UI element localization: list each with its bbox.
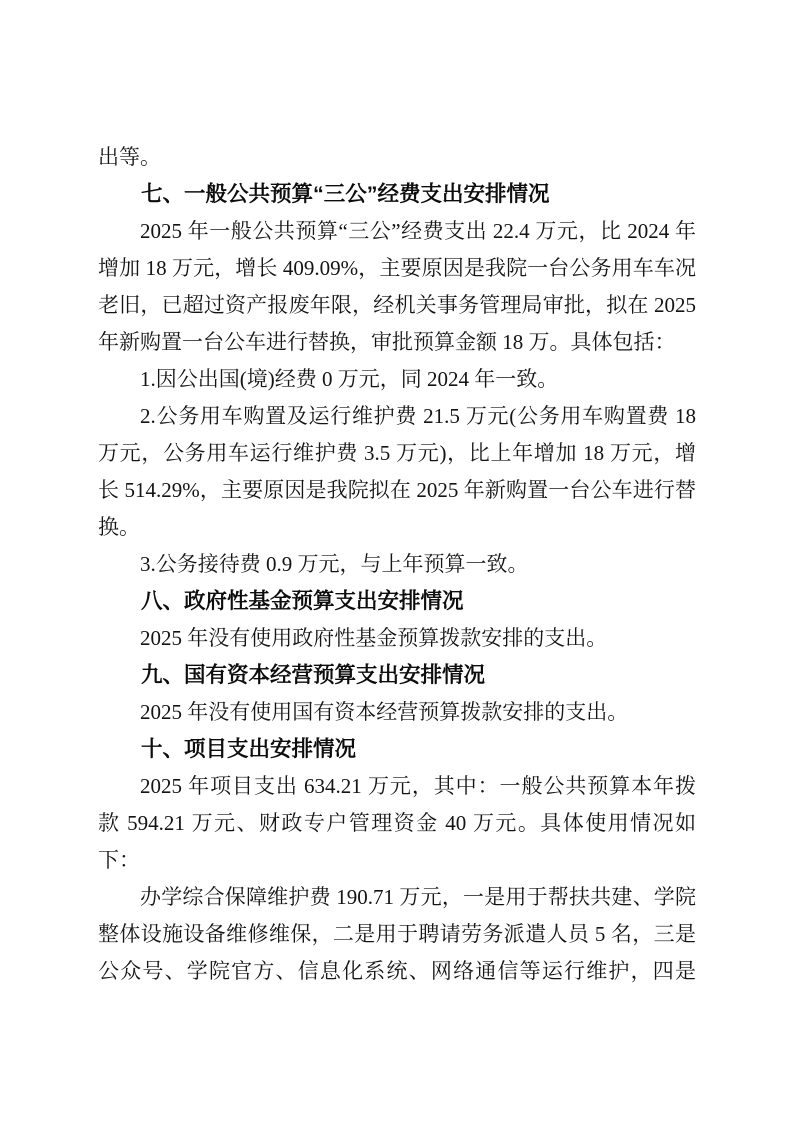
- paragraph-state-capital: 2025 年没有使用国有资本经营预算拨款安排的支出。: [98, 694, 696, 731]
- paragraph-project-expense-overview: 2025 年项目支出 634.21 万元，其中：一般公共预算本年拨款 594.2…: [98, 768, 696, 879]
- paragraph-continuation: 出等。: [98, 139, 696, 176]
- paragraph-item-1-abroad-expense: 1.因公出国(境)经费 0 万元，同 2024 年一致。: [98, 361, 696, 398]
- paragraph-operation-maintenance: 办学综合保障维护费 190.71 万元，一是用于帮扶共建、学院整体设施设备维修维…: [98, 879, 696, 990]
- section-heading-7: 七、一般公共预算“三公”经费支出安排情况: [98, 176, 696, 213]
- paragraph-item-3-reception-expense: 3.公务接待费 0.9 万元，与上年预算一致。: [98, 546, 696, 583]
- paragraph-item-2-vehicle-expense: 2.公务用车购置及运行维护费 21.5 万元(公务用车购置费 18 万元，公务用…: [98, 398, 696, 546]
- document-page: 出等。 七、一般公共预算“三公”经费支出安排情况 2025 年一般公共预算“三公…: [0, 0, 794, 1122]
- paragraph-three-public-overview: 2025 年一般公共预算“三公”经费支出 22.4 万元，比 2024 年增加 …: [98, 213, 696, 361]
- document-body: 出等。 七、一般公共预算“三公”经费支出安排情况 2025 年一般公共预算“三公…: [98, 139, 696, 990]
- paragraph-government-fund: 2025 年没有使用政府性基金预算拨款安排的支出。: [98, 620, 696, 657]
- section-heading-8: 八、政府性基金预算支出安排情况: [98, 583, 696, 620]
- section-heading-9: 九、国有资本经营预算支出安排情况: [98, 657, 696, 694]
- section-heading-10: 十、项目支出安排情况: [98, 731, 696, 768]
